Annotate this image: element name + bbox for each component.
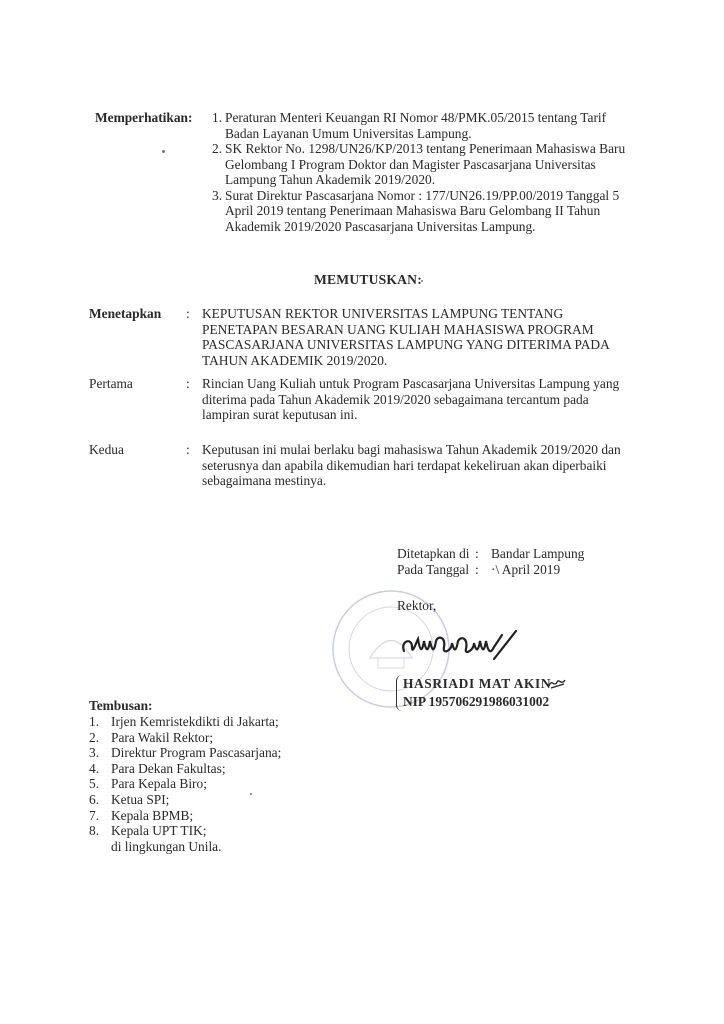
signer-nip: NIP 195706291986031002 xyxy=(403,694,549,710)
handwritten-signature-icon xyxy=(398,625,528,670)
list-item: 2.SK Rektor No. 1298/UN26/KP/2013 tentan… xyxy=(212,141,632,188)
pertama-label: Pertama xyxy=(89,376,133,392)
list-item: 7.Kepala BPMB; xyxy=(89,808,281,824)
signer-title: Rektor, xyxy=(397,598,436,614)
list-item: 3.Direktur Program Pascasarjana; xyxy=(89,745,281,761)
memperhatikan-label: Memperhatikan: xyxy=(95,110,192,126)
list-item: 1.Irjen Kemristekdikti di Jakarta; xyxy=(89,714,281,730)
list-item: 1.Peraturan Menteri Keuangan RI Nomor 48… xyxy=(212,110,632,141)
tembusan-list: 1.Irjen Kemristekdikti di Jakarta; 2.Par… xyxy=(89,714,281,839)
scan-dot xyxy=(162,150,165,153)
list-item: 3.Surat Direktur Pascasarjana Nomor : 17… xyxy=(212,188,632,235)
pertama-text: Rincian Uang Kuliah untuk Program Pascas… xyxy=(202,376,632,423)
initial-mark-icon xyxy=(548,676,566,690)
date-row: Pada Tanggal : ·\ April 2019 xyxy=(397,562,627,578)
decision-title: MEMUTUSKAN: xyxy=(314,272,422,288)
signature-place-date: Ditetapkan di : Bandar Lampung Pada Tang… xyxy=(397,546,627,577)
menetapkan-label: Menetapkan xyxy=(89,306,161,322)
tembusan-title: Tembusan: xyxy=(89,698,153,714)
list-item: 6.Ketua SPI; xyxy=(89,792,281,808)
kedua-colon: : xyxy=(186,442,190,458)
list-item: 4.Para Dekan Fakultas; xyxy=(89,761,281,777)
list-item: 2.Para Wakil Rektor; xyxy=(89,730,281,746)
bracket-mark xyxy=(396,675,403,711)
place-row: Ditetapkan di : Bandar Lampung xyxy=(397,546,627,562)
kedua-label: Kedua xyxy=(89,442,124,458)
menetapkan-colon: : xyxy=(186,306,190,322)
memperhatikan-list: 1.Peraturan Menteri Keuangan RI Nomor 48… xyxy=(212,110,632,234)
pertama-colon: : xyxy=(186,376,190,392)
list-item: 5.Para Kepala Biro; xyxy=(89,776,281,792)
kedua-text: Keputusan ini mulai berlaku bagi mahasis… xyxy=(202,442,632,489)
signer-name: HASRIADI MAT AKIN xyxy=(403,676,551,692)
scan-dot xyxy=(250,793,252,795)
tembusan-footer: di lingkungan Unila. xyxy=(111,839,221,855)
scan-dot xyxy=(421,280,423,282)
list-item: 8.Kepala UPT TIK; xyxy=(89,823,281,839)
menetapkan-text: KEPUTUSAN REKTOR UNIVERSITAS LAMPUNG TEN… xyxy=(202,306,632,368)
